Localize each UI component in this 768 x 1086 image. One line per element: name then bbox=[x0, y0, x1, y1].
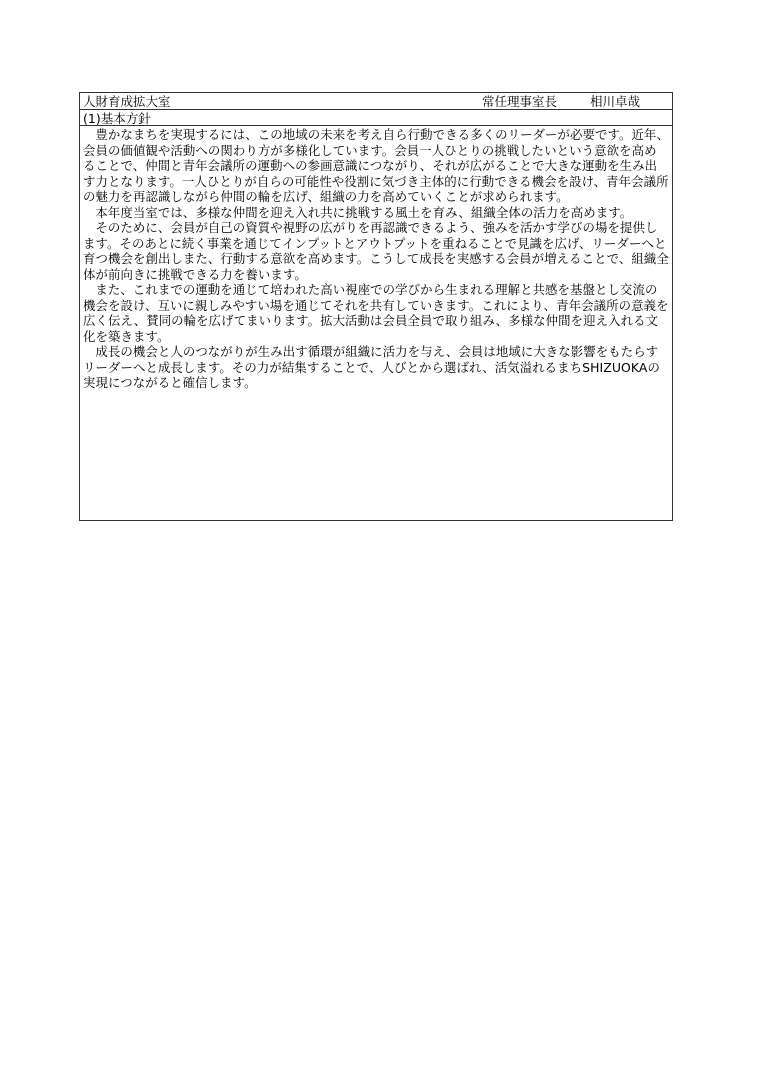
paragraph: 成長の機会と人のつながりが生み出す循環が組織に活力を与え、会員は地域に大きな影響… bbox=[83, 344, 669, 391]
header-row: 人財育成拡大室 常任理事室長 相川卓哉 bbox=[80, 93, 672, 110]
paragraph: また、これまでの運動を通じて培われた高い視座での学びから生まれる理解と共感を基盤… bbox=[83, 282, 669, 344]
department-name: 人財育成拡大室 bbox=[83, 92, 669, 110]
paragraph: 豊かなまちを実現するには、この地域の未来を考え自ら行動できる多くのリーダーが必要… bbox=[83, 127, 669, 205]
policy-body: 豊かなまちを実現するには、この地域の未来を考え自ら行動できる多くのリーダーが必要… bbox=[80, 126, 672, 392]
section-title: (1)基本方針 bbox=[83, 109, 151, 127]
policy-document-table: 人財育成拡大室 常任理事室長 相川卓哉 (1)基本方針 豊かなまちを実現するには… bbox=[79, 92, 673, 521]
author-name: 相川卓哉 bbox=[590, 92, 640, 110]
section-title-row: (1)基本方針 bbox=[80, 110, 672, 126]
author-role: 常任理事室長 bbox=[482, 92, 557, 110]
paragraph: 本年度当室では、多様な仲間を迎え入れ共に挑戦する風土を育み、組織全体の活力を高め… bbox=[83, 205, 669, 221]
paragraph: そのために、会員が自己の資質や視野の広がりを再認識できるよう、強みを活かす学びの… bbox=[83, 220, 669, 282]
